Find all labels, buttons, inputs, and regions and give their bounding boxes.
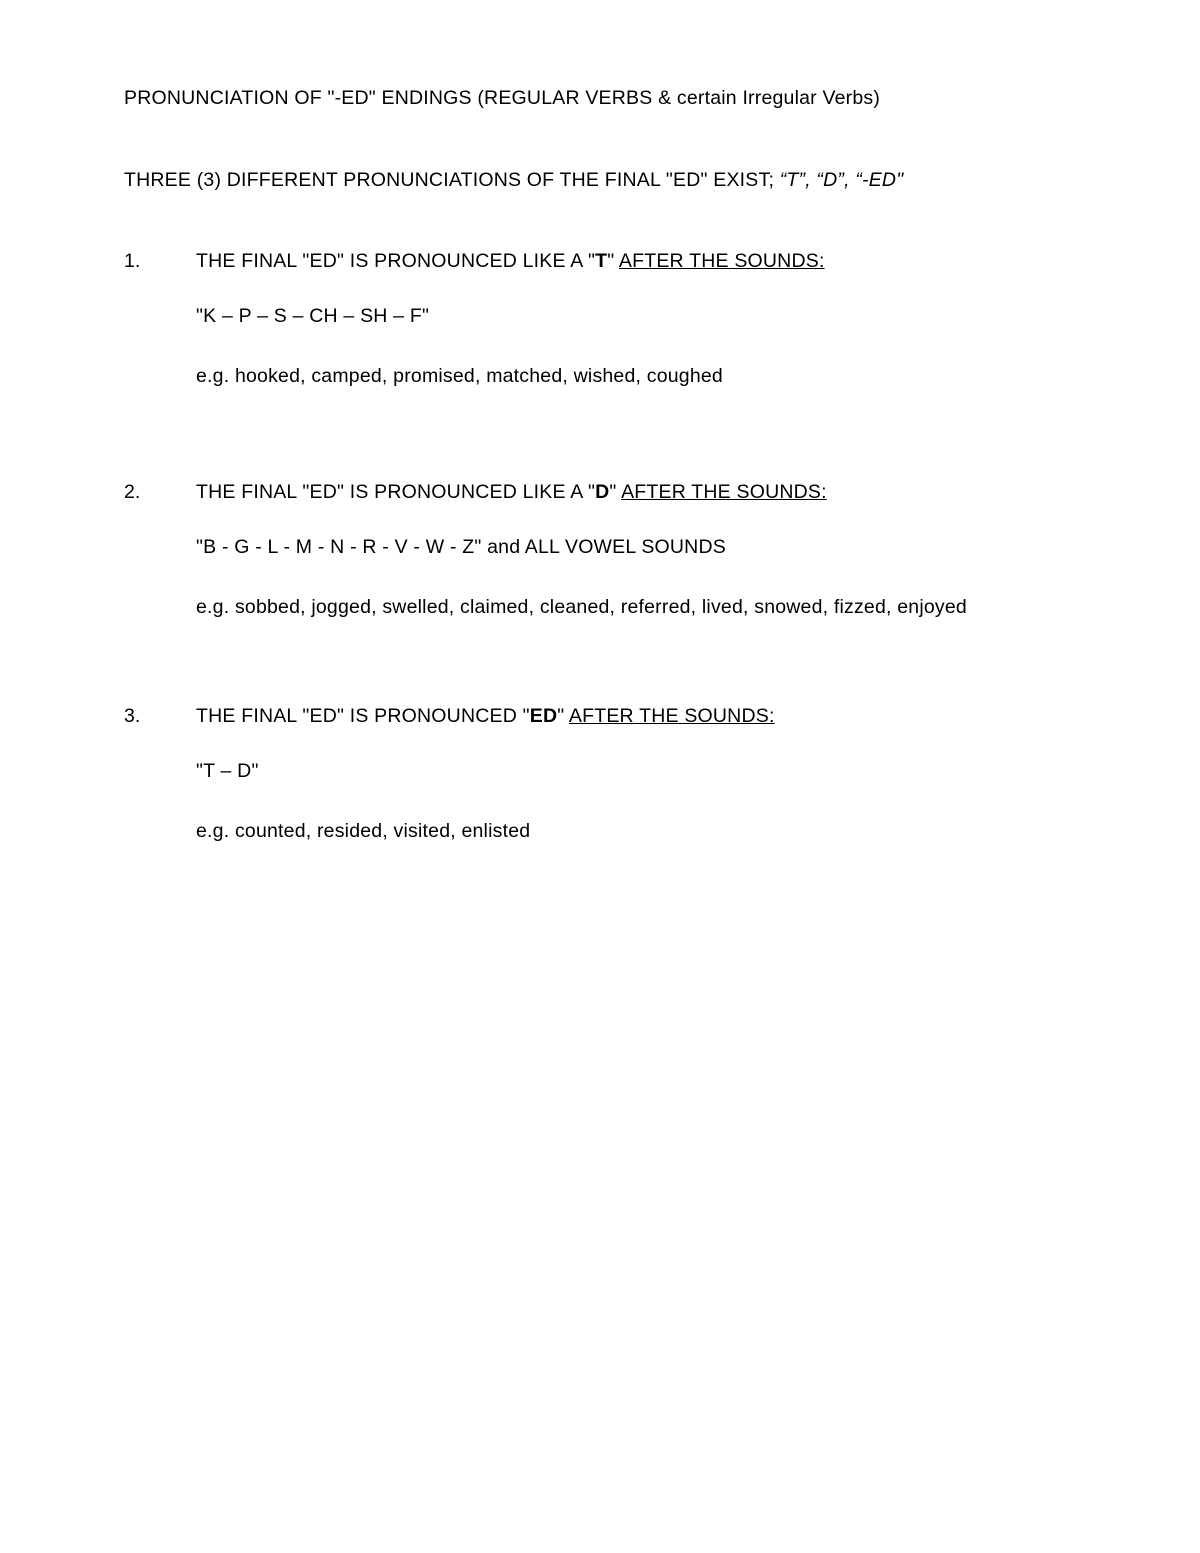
heading-bold-letter: D: [595, 481, 609, 503]
section-body: THE FINAL "ED" IS PRONOUNCED "ED" AFTER …: [196, 706, 1056, 846]
section-number: 2.: [124, 482, 196, 503]
heading-bold-letter: T: [595, 250, 607, 272]
section-t-sound: 1. THE FINAL "ED" IS PRONOUNCED LIKE A "…: [124, 251, 1080, 391]
heading-underlined-text: AFTER THE SOUNDS:: [569, 705, 775, 727]
subtitle-main-text: THREE (3) DIFFERENT PRONUNCIATIONS OF TH…: [124, 169, 780, 191]
section-ed-sound: 3. THE FINAL "ED" IS PRONOUNCED "ED" AFT…: [124, 706, 1080, 846]
section-heading: THE FINAL "ED" IS PRONOUNCED LIKE A "T" …: [196, 251, 1056, 272]
heading-underlined-text: AFTER THE SOUNDS:: [621, 481, 827, 503]
sounds-list: "K – P – S – CH – SH – F": [196, 306, 1056, 327]
sounds-list: "T – D": [196, 761, 1056, 782]
heading-mid-text: ": [607, 250, 619, 272]
section-body: THE FINAL "ED" IS PRONOUNCED LIKE A "D" …: [196, 482, 1056, 622]
section-number: 1.: [124, 251, 196, 272]
section-heading: THE FINAL "ED" IS PRONOUNCED LIKE A "D" …: [196, 482, 1056, 503]
heading-underlined-text: AFTER THE SOUNDS:: [619, 250, 825, 272]
heading-mid-text: ": [609, 481, 621, 503]
section-d-sound: 2. THE FINAL "ED" IS PRONOUNCED LIKE A "…: [124, 482, 1080, 622]
example-words: e.g. sobbed, jogged, swelled, claimed, c…: [196, 592, 1056, 622]
subtitle-italic-text: “T”, “D”, “-ED": [780, 169, 904, 191]
heading-pre-text: THE FINAL "ED" IS PRONOUNCED ": [196, 705, 530, 727]
heading-bold-letter: ED: [530, 705, 558, 727]
section-body: THE FINAL "ED" IS PRONOUNCED LIKE A "T" …: [196, 251, 1056, 391]
section-heading: THE FINAL "ED" IS PRONOUNCED "ED" AFTER …: [196, 706, 1056, 727]
heading-pre-text: THE FINAL "ED" IS PRONOUNCED LIKE A ": [196, 250, 595, 272]
sounds-list: "B - G - L - M - N - R - V - W - Z" and …: [196, 537, 1056, 558]
heading-pre-text: THE FINAL "ED" IS PRONOUNCED LIKE A ": [196, 481, 595, 503]
document-page: PRONUNCIATION OF "-ED" ENDINGS (REGULAR …: [0, 0, 1200, 1553]
example-words: e.g. hooked, camped, promised, matched, …: [196, 361, 1056, 391]
section-number: 3.: [124, 706, 196, 727]
document-subtitle: THREE (3) DIFFERENT PRONUNCIATIONS OF TH…: [124, 170, 1080, 191]
example-words: e.g. counted, resided, visited, enlisted: [196, 816, 1056, 846]
heading-mid-text: ": [557, 705, 569, 727]
document-title: PRONUNCIATION OF "-ED" ENDINGS (REGULAR …: [124, 88, 1080, 109]
